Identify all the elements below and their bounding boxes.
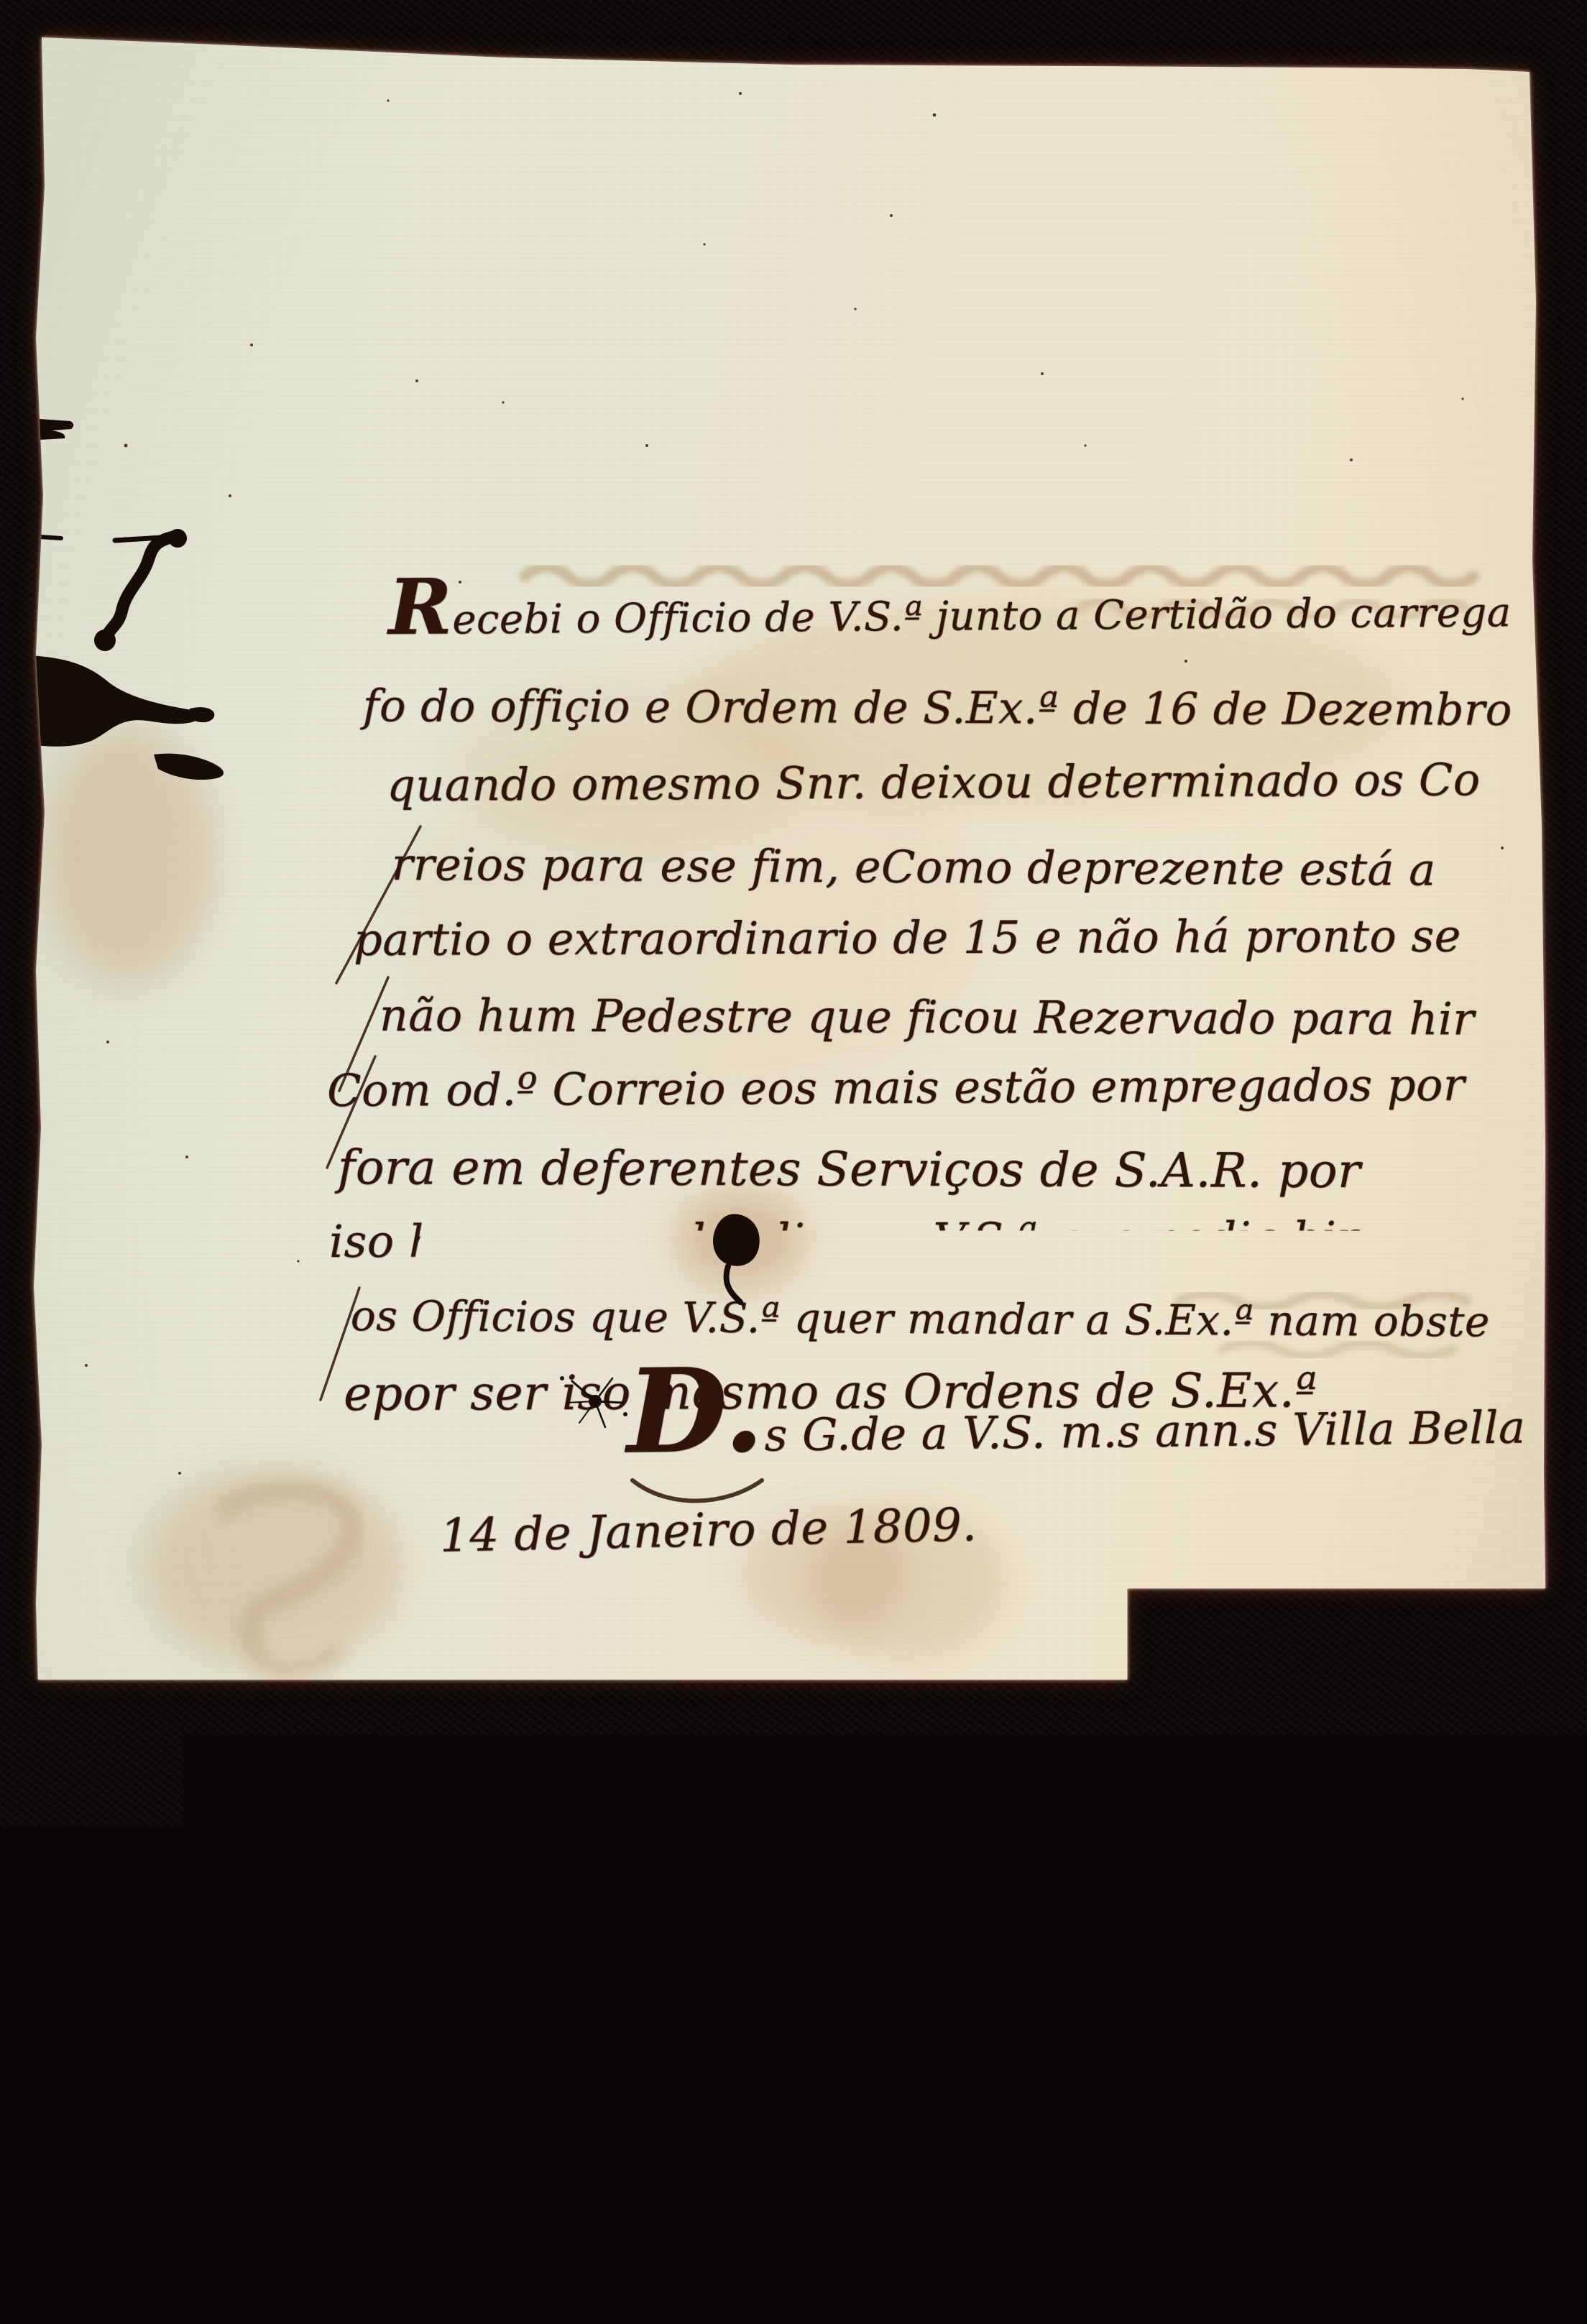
photograph-background: Recebi o Officio de V.S.ª junto a Certid… — [0, 0, 1587, 2324]
ink-blot-layer — [0, 0, 1587, 2324]
manuscript-paper: Recebi o Officio de V.S.ª junto a Certid… — [0, 0, 1587, 2324]
paper-sheet: Recebi o Officio de V.S.ª junto a Certid… — [0, 0, 1587, 2324]
